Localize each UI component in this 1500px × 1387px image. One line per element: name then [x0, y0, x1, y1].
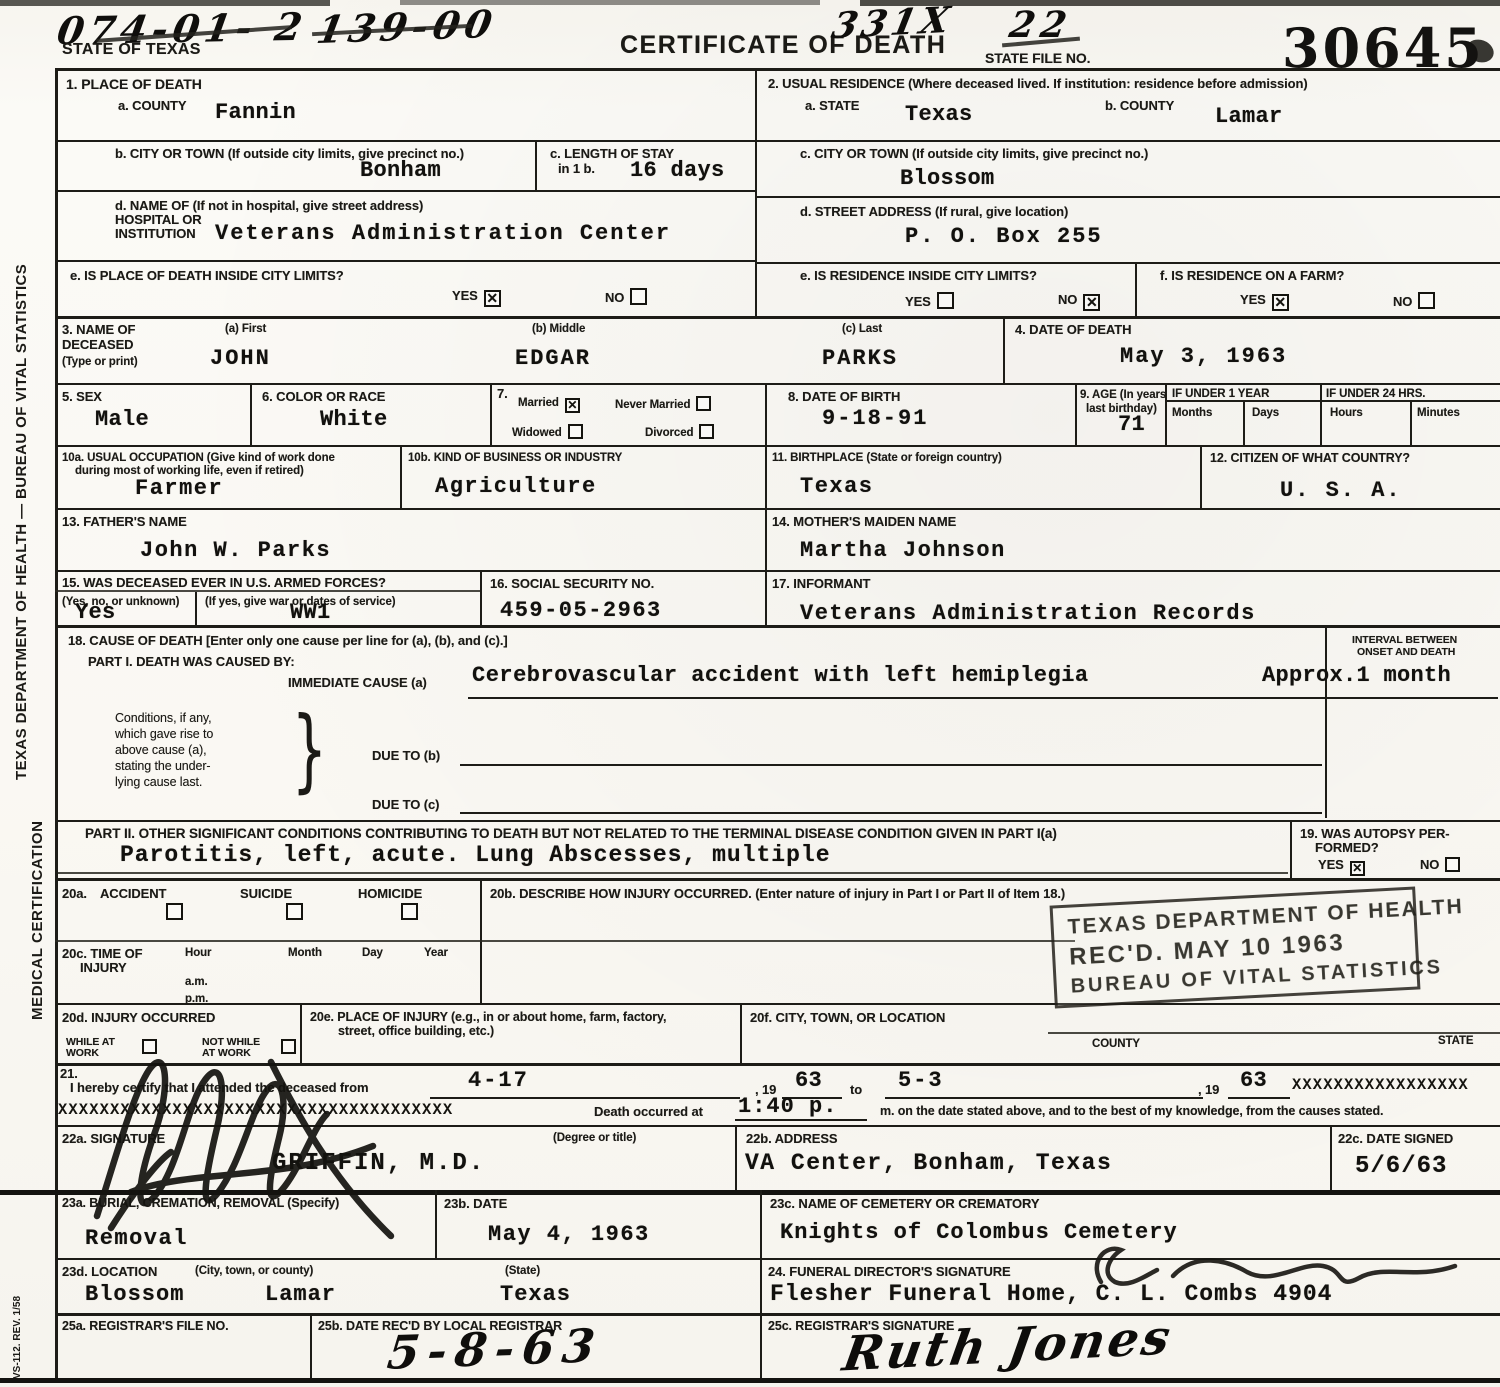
- war-service-value: WW1: [290, 600, 331, 625]
- no-label: NO: [605, 290, 624, 305]
- divider-line: [55, 625, 1500, 628]
- informant-value: Veterans Administration Records: [800, 601, 1256, 626]
- state-of-texas-label: STATE OF TEXAS: [62, 40, 201, 60]
- funeral-director-label: 24. FUNERAL DIRECTOR'S SIGNATURE: [768, 1264, 1011, 1280]
- residence-farm-label: f. IS RESIDENCE ON A FARM?: [1160, 268, 1344, 284]
- to-label: to: [850, 1082, 862, 1098]
- armed-forces-label: 15. WAS DECEASED EVER IN U.S. ARMED FORC…: [62, 575, 386, 591]
- residence-city-label: c. CITY OR TOWN (If outside city limits,…: [800, 146, 1148, 162]
- checkbox-autopsy-yes: ✕: [1350, 861, 1365, 876]
- autopsy-label2: FORMED?: [1315, 840, 1379, 856]
- checkbox-place-city-limits-no: [630, 288, 647, 305]
- describe-injury-label: 20b. DESCRIBE HOW INJURY OCCURRED. (Ente…: [490, 886, 1065, 902]
- mother-name-value: Martha Johnson: [800, 538, 1006, 563]
- physician-signature: [75, 1040, 405, 1240]
- conditions-line: Conditions, if any,: [115, 710, 213, 726]
- autopsy-no: NO: [1420, 857, 1460, 873]
- entry-line: [430, 1097, 740, 1099]
- part2-label: PART II. OTHER SIGNIFICANT CONDITIONS CO…: [85, 826, 1057, 842]
- hours-label: Hours: [1330, 406, 1363, 420]
- interval-label: INTERVAL BETWEEN: [1352, 634, 1457, 647]
- divider-line: [765, 445, 767, 508]
- divider-line: [55, 316, 1500, 319]
- divider-line: [250, 383, 252, 445]
- location-sub-city: (City, town, or county): [195, 1264, 313, 1278]
- suicide-label: SUICIDE: [240, 886, 292, 902]
- residence-county-value: Lamar: [1215, 104, 1283, 129]
- never-married-label: Never Married: [615, 399, 690, 411]
- place-of-death-section-label: 1. PLACE OF DEATH: [66, 76, 202, 93]
- part2-value: Parotitis, left, acute. Lung Abscesses, …: [120, 842, 831, 868]
- burial-date-label: 23b. DATE: [444, 1196, 507, 1212]
- date-signed-label: 22c. DATE SIGNED: [1338, 1131, 1453, 1147]
- residence-street-label: d. STREET ADDRESS (If rural, give locati…: [800, 204, 1068, 220]
- death-certificate-scan: 074-01- 2 139-00 STATE OF TEXAS CERTIFIC…: [0, 0, 1500, 1387]
- citizen-value: U. S. A.: [1280, 478, 1402, 503]
- length-of-stay-label2: in 1 b.: [558, 161, 595, 177]
- place-city-limits-label: e. IS PLACE OF DEATH INSIDE CITY LIMITS?: [70, 268, 344, 284]
- divider-line: [195, 592, 197, 625]
- checkbox-mark: ✕: [567, 398, 577, 412]
- no-label: NO: [1420, 857, 1439, 872]
- checkbox-mark: ✕: [486, 290, 498, 306]
- place-city-value: Bonham: [360, 158, 441, 183]
- suicide-checkbox-wrap: [280, 903, 303, 922]
- ssn-value: 459-05-2963: [500, 598, 662, 623]
- degree-title-label: (Degree or title): [553, 1131, 636, 1145]
- divider-line: [755, 196, 1500, 198]
- institution-label3: INSTITUTION: [115, 226, 196, 242]
- location-sub-state: (State): [505, 1264, 540, 1278]
- divider-line: [310, 1313, 312, 1380]
- due-to-c-label: DUE TO (c): [372, 797, 439, 813]
- name-label3: (Type or print): [62, 355, 138, 369]
- marital-married: Married✕: [518, 396, 580, 413]
- entry-line: [460, 764, 1322, 766]
- yes-label: YES: [1240, 292, 1266, 307]
- divider-line: [1290, 820, 1292, 878]
- place-county-label: a. COUNTY: [118, 98, 186, 114]
- divider-line: [435, 1190, 437, 1258]
- year-prefix2: , 19: [1198, 1082, 1219, 1098]
- interval-label2: ONSET AND DEATH: [1357, 646, 1455, 659]
- age-value: 71: [1118, 412, 1145, 437]
- day-label: Day: [362, 946, 383, 960]
- divider-line: [765, 383, 767, 445]
- yes-label: YES: [1318, 857, 1344, 872]
- checkbox-residence-city-limits-no: ✕: [1083, 294, 1100, 311]
- date-of-birth-label: 8. DATE OF BIRTH: [788, 389, 900, 405]
- divider-line: [765, 570, 767, 625]
- residence-street-value: P. O. Box 255: [905, 224, 1103, 249]
- middle-name-label: (b) Middle: [532, 322, 585, 336]
- place-city-limits-no: NO: [605, 288, 647, 306]
- citizen-label: 12. CITIZEN OF WHAT COUNTRY?: [1210, 451, 1410, 466]
- entry-line: [885, 1097, 1203, 1099]
- divider-line: [760, 1190, 762, 1258]
- if-under-1-year-label: IF UNDER 1 YEAR: [1172, 387, 1269, 401]
- checkbox-residence-farm-no: [1418, 292, 1435, 309]
- institution-value: Veterans Administration Center: [215, 221, 671, 246]
- sidebar-medical-certification-label: MEDICAL CERTIFICATION: [29, 690, 46, 1020]
- divider-line: [55, 445, 1500, 447]
- divider-line: [1003, 316, 1005, 383]
- checkbox-accident: [166, 903, 183, 920]
- yes-label: YES: [452, 288, 478, 303]
- year-label: Year: [424, 946, 448, 960]
- death-time-value: 1:40 p.: [738, 1094, 837, 1119]
- autopsy-yes: YES✕: [1318, 857, 1365, 876]
- divider-line: [55, 878, 1500, 881]
- name-label2: DECEASED: [62, 337, 133, 353]
- occupation-label: 10a. USUAL OCCUPATION (Give kind of work…: [62, 451, 335, 465]
- checkbox-residence-farm-yes: ✕: [1272, 294, 1289, 311]
- residence-farm-no: NO: [1393, 292, 1435, 310]
- entry-line: [735, 1119, 867, 1121]
- entry-line: [468, 697, 1498, 699]
- immediate-cause-value: Cerebrovascular accident with left hemip…: [472, 663, 1089, 688]
- armed-forces-answer: Yes: [75, 600, 116, 625]
- attended-to-value: 5-3: [898, 1068, 944, 1093]
- location-label: 23d. LOCATION: [62, 1264, 157, 1280]
- divider-line: [55, 1003, 1500, 1005]
- conditions-line: which gave rise to: [115, 726, 213, 742]
- sex-label: 5. SEX: [62, 389, 102, 405]
- time-of-injury-label2: INJURY: [80, 960, 127, 976]
- date-signed-value: 5/6/63: [1355, 1153, 1447, 1180]
- ssn-label: 16. SOCIAL SECURITY NO.: [490, 576, 654, 592]
- divider-line: [55, 940, 1075, 942]
- accident-checkbox-wrap: [160, 903, 183, 922]
- age-label: 9. AGE (In years: [1080, 388, 1166, 402]
- checkbox-mark: ✕: [1352, 861, 1362, 875]
- marital-divorced: Divorced: [645, 424, 714, 440]
- conditions-line: above cause (a),: [115, 742, 213, 758]
- residence-city-value: Blossom: [900, 166, 995, 191]
- divider-line: [1075, 383, 1077, 445]
- days-label: Days: [1252, 406, 1279, 420]
- divider-line: [55, 140, 1500, 142]
- informant-label: 17. INFORMANT: [772, 576, 870, 592]
- address-value: VA Center, Bonham, Texas: [745, 1150, 1112, 1176]
- injury-occurred-label: 20d. INJURY OCCURRED: [62, 1010, 215, 1026]
- entry-line: [460, 812, 1322, 814]
- location-city-value: Blossom: [85, 1282, 184, 1307]
- form-number-label: VS-112. REV. 1/58: [12, 1283, 23, 1379]
- divider-line: [55, 508, 1500, 510]
- conditions-brace: }: [292, 698, 328, 803]
- father-name-label: 13. FATHER'S NAME: [62, 514, 187, 530]
- registrar-file-no-label: 25a. REGISTRAR'S FILE NO.: [62, 1319, 228, 1334]
- conditions-line: stating the under-: [115, 758, 213, 774]
- checkbox-never-married: [696, 396, 711, 411]
- name-label: 3. NAME OF: [62, 322, 135, 338]
- checkbox-mark: ✕: [1274, 294, 1286, 310]
- divider-line: [1048, 1032, 1500, 1034]
- widowed-label: Widowed: [512, 427, 562, 439]
- cause-of-death-label: 18. CAUSE OF DEATH [Enter only one cause…: [68, 633, 508, 649]
- accident-label: ACCIDENT: [100, 886, 166, 902]
- checkbox-autopsy-no: [1445, 857, 1460, 872]
- entry-line: [1228, 1097, 1290, 1099]
- divider-line: [0, 1378, 1500, 1383]
- marital-widowed: Widowed: [512, 424, 583, 440]
- injury-county-label: COUNTY: [1092, 1037, 1140, 1051]
- cemetery-label: 23c. NAME OF CEMETERY OR CREMATORY: [770, 1196, 1039, 1212]
- divider-line: [55, 383, 1500, 385]
- checkbox-homicide: [401, 903, 418, 920]
- strikeout-xs-right: XXXXXXXXXXXXXXXXX: [1292, 1076, 1469, 1094]
- length-of-stay-value: 16 days: [630, 158, 725, 183]
- race-label: 6. COLOR OR RACE: [262, 389, 385, 405]
- divider-line: [760, 1313, 762, 1380]
- first-name-label: (a) First: [225, 322, 266, 336]
- date-received-value: 5-8-63: [385, 1318, 606, 1379]
- entry-line: [58, 872, 1288, 874]
- divider-line: [1243, 400, 1245, 445]
- residence-city-limits-label: e. IS RESIDENCE INSIDE CITY LIMITS?: [800, 268, 1037, 284]
- death-occurred-label: Death occurred at: [594, 1104, 703, 1120]
- checkbox-mark: ✕: [1086, 294, 1098, 310]
- funeral-director-signature: [1085, 1236, 1465, 1298]
- divider-line: [1135, 262, 1137, 316]
- checkbox-place-city-limits-yes: ✕: [484, 290, 501, 307]
- divider-line: [1320, 383, 1322, 445]
- received-stamp: TEXAS DEPARTMENT OF HEALTH REC'D. MAY 10…: [1050, 886, 1421, 1008]
- last-name-value: PARKS: [822, 346, 898, 371]
- handwritten-code-right: 331X: [828, 0, 957, 47]
- no-label: NO: [1058, 292, 1077, 307]
- divider-line: [1325, 625, 1327, 818]
- border-line: [55, 68, 58, 1379]
- address-label: 22b. ADDRESS: [746, 1131, 838, 1147]
- divider-line: [1200, 445, 1202, 508]
- divider-line: [55, 1313, 1500, 1316]
- sex-value: Male: [95, 407, 149, 432]
- yes-label: YES: [905, 294, 931, 309]
- conditions-line: lying cause last.: [115, 774, 213, 790]
- divider-line: [765, 508, 767, 570]
- middle-name-value: EDGAR: [515, 346, 591, 371]
- state-file-no-label: STATE FILE NO.: [985, 50, 1090, 67]
- homicide-label: HOMICIDE: [358, 886, 422, 902]
- place-city-limits-yes: YES✕: [452, 288, 501, 307]
- divider-line: [400, 445, 402, 508]
- date-of-death-label: 4. DATE OF DEATH: [1015, 322, 1131, 338]
- place-of-injury-label: 20e. PLACE OF INJURY (e.g., in or about …: [310, 1010, 666, 1025]
- residence-state-label: a. STATE: [805, 98, 859, 114]
- divider-line: [480, 570, 482, 625]
- checkbox-married: ✕: [565, 398, 580, 413]
- industry-value: Agriculture: [435, 474, 597, 499]
- residence-city-limits-yes: YES: [905, 292, 954, 310]
- homicide-checkbox-wrap: [395, 903, 418, 922]
- divider-line: [755, 68, 757, 316]
- divider-line: [1330, 1125, 1332, 1190]
- place-county-value: Fannin: [215, 100, 296, 125]
- immediate-cause-label: IMMEDIATE CAUSE (a): [288, 675, 427, 691]
- part1-label: PART I. DEATH WAS CAUSED BY:: [88, 654, 295, 670]
- father-name-value: John W. Parks: [140, 538, 331, 563]
- checkbox-suicide: [286, 903, 303, 920]
- pm-label: p.m.: [185, 992, 208, 1006]
- residence-farm-yes: YES✕: [1240, 292, 1289, 311]
- divider-line: [760, 1258, 762, 1313]
- birthplace-value: Texas: [800, 474, 874, 499]
- month-label: Month: [288, 946, 322, 960]
- residence-city-limits-no: NO✕: [1058, 292, 1100, 311]
- from-year-value: 63: [795, 1068, 822, 1093]
- checkbox-residence-city-limits-yes: [937, 292, 954, 309]
- divider-line: [1410, 400, 1412, 445]
- to-year-value: 63: [1240, 1068, 1267, 1093]
- divider-line: [535, 140, 537, 190]
- burial-date-value: May 4, 1963: [488, 1222, 650, 1247]
- location-county-value: Lamar: [265, 1282, 336, 1307]
- death-occurred-tail: m. on the date stated above, and to the …: [880, 1104, 1383, 1119]
- marital-status-label: 7.: [497, 386, 508, 402]
- injury-20a-label: 20a.: [62, 886, 87, 902]
- due-to-b-label: DUE TO (b): [372, 748, 440, 764]
- residence-county-label: b. COUNTY: [1105, 98, 1174, 114]
- conditions-note: Conditions, if any, which gave rise to a…: [115, 710, 213, 790]
- residence-section-label: 2. USUAL RESIDENCE (Where deceased lived…: [768, 76, 1308, 92]
- first-name-value: JOHN: [210, 346, 271, 371]
- injury-city-label: 20f. CITY, TOWN, OR LOCATION: [750, 1010, 945, 1026]
- border-line: [55, 68, 1500, 71]
- location-state-value: Texas: [500, 1282, 571, 1307]
- divorced-label: Divorced: [645, 427, 693, 439]
- occupation-value: Farmer: [135, 476, 223, 501]
- divider-line: [58, 820, 1500, 822]
- married-label: Married: [518, 397, 559, 409]
- place-of-injury-label2: street, office building, etc.): [338, 1024, 494, 1039]
- marital-never-married: Never Married: [615, 396, 711, 412]
- divider-line: [55, 190, 755, 192]
- months-label: Months: [1172, 406, 1212, 420]
- checkbox-widowed: [568, 424, 583, 439]
- birthplace-label: 11. BIRTHPLACE (State or foreign country…: [772, 451, 1002, 465]
- date-of-birth-value: 9-18-91: [822, 406, 928, 431]
- date-of-death-value: May 3, 1963: [1120, 344, 1287, 369]
- if-under-24-hrs-label: IF UNDER 24 HRS.: [1326, 387, 1425, 401]
- interval-value: Approx.1 month: [1262, 663, 1451, 688]
- no-label: NO: [1393, 294, 1412, 309]
- race-value: White: [320, 407, 388, 432]
- divider-line: [490, 383, 492, 445]
- industry-label: 10b. KIND OF BUSINESS OR INDUSTRY: [408, 451, 622, 465]
- divider-line: [740, 1003, 742, 1063]
- sidebar-department-label: TEXAS DEPARTMENT OF HEALTH — BUREAU OF V…: [13, 200, 30, 780]
- divider-line: [55, 260, 755, 262]
- mother-name-label: 14. MOTHER'S MAIDEN NAME: [772, 514, 956, 530]
- divider-line: [755, 262, 1500, 264]
- attended-from-value: 4-17: [468, 1068, 529, 1093]
- last-name-label: (c) Last: [842, 322, 882, 336]
- divider-line: [55, 570, 1500, 572]
- divider-line: [735, 1125, 737, 1190]
- injury-state-label: STATE: [1438, 1034, 1474, 1048]
- hour-label: Hour: [185, 946, 211, 960]
- am-label: a.m.: [185, 975, 208, 989]
- minutes-label: Minutes: [1417, 406, 1460, 420]
- residence-state-value: Texas: [905, 102, 973, 127]
- checkbox-divorced: [699, 424, 714, 439]
